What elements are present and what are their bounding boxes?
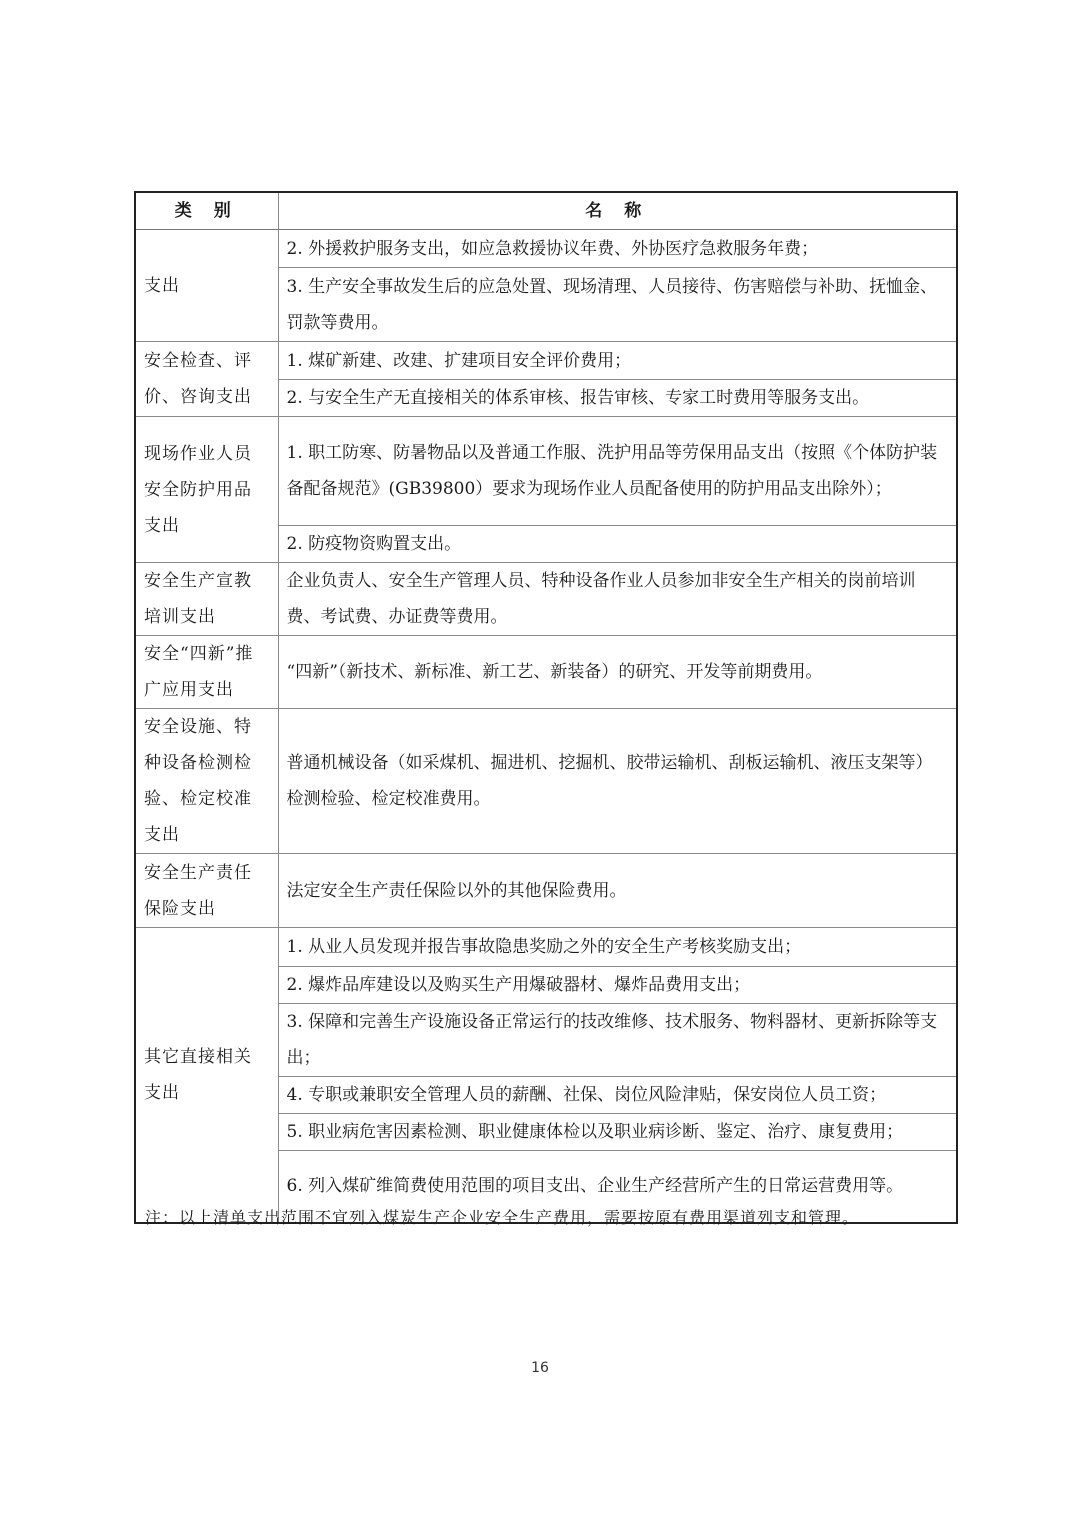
item-cell: “四新”（新技术、新标准、新工艺、新装备）的研究、开发等前期费用。 [278,636,957,709]
category-cell: 安全“四新”推广应用支出 [135,636,278,709]
item-cell: 2. 与安全生产无直接相关的体系审核、报告审核、专家工时费用等服务支出。 [278,380,957,417]
table-row: 安全检查、评价、咨询支出 1. 煤矿新建、改建、扩建项目安全评价费用； [135,342,957,380]
item-cell: 2. 爆炸品库建设以及购买生产用爆破器材、爆炸品费用支出； [278,967,957,1004]
table-row: 安全设施、特种设备检测检验、检定校准支出 普通机械设备（如采煤机、掘进机、挖掘机… [135,709,957,854]
table-row: 现场作业人员安全防护用品支出 1. 职工防寒、防暑物品以及普通工作服、洗护用品等… [135,417,957,526]
table-row: 安全生产宣教培训支出 企业负责人、安全生产管理人员、特种设备作业人员参加非安全生… [135,563,957,636]
category-cell: 安全检查、评价、咨询支出 [135,342,278,417]
category-cell: 安全设施、特种设备检测检验、检定校准支出 [135,709,278,854]
table-header-row: 类 别 名 称 [135,192,957,230]
item-cell: 4. 专职或兼职安全管理人员的薪酬、社保、岗位风险津贴，保安岗位人员工资； [278,1077,957,1114]
header-category: 类 别 [135,192,278,230]
item-cell: 2. 防疫物资购置支出。 [278,526,957,563]
table-row: 安全生产责任保险支出 法定安全生产责任保险以外的其他保险费用。 [135,854,957,928]
item-cell: 5. 职业病危害因素检测、职业健康体检以及职业病诊断、鉴定、治疗、康复费用； [278,1114,957,1151]
item-cell: 1. 从业人员发现并报告事故隐患奖励之外的安全生产考核奖励支出； [278,928,957,967]
category-cell: 其它直接相关支出 [135,928,278,1223]
document-page: 类 别 名 称 支出 2. 外援救护服务支出，如应急救援协议年费、外协医疗急救服… [0,0,1080,1527]
item-cell: 1. 职工防寒、防暑物品以及普通工作服、洗护用品等劳保用品支出（按照《个体防护装… [278,417,957,526]
item-cell: 普通机械设备（如采煤机、掘进机、挖掘机、胶带运输机、刮板运输机、液压支架等）检测… [278,709,957,854]
item-cell: 法定安全生产责任保险以外的其他保险费用。 [278,854,957,928]
category-cell: 安全生产宣教培训支出 [135,563,278,636]
table-row: 其它直接相关支出 1. 从业人员发现并报告事故隐患奖励之外的安全生产考核奖励支出… [135,928,957,967]
table-row: 安全“四新”推广应用支出 “四新”（新技术、新标准、新工艺、新装备）的研究、开发… [135,636,957,709]
header-name: 名 称 [278,192,957,230]
item-cell: 3. 生产安全事故发生后的应急处置、现场清理、人员接待、伤害赔偿与补助、抚恤金、… [278,268,957,342]
item-cell: 1. 煤矿新建、改建、扩建项目安全评价费用； [278,342,957,380]
table-row: 支出 2. 外援救护服务支出，如应急救援协议年费、外协医疗急救服务年费； [135,230,957,268]
table-footnote: 注：以上清单支出范围不宜列入煤炭生产企业安全生产费用，需要按原有费用渠道列支和管… [145,1204,859,1232]
item-cell: 2. 外援救护服务支出，如应急救援协议年费、外协医疗急救服务年费； [278,230,957,268]
category-cell: 支出 [135,230,278,342]
category-cell: 安全生产责任保险支出 [135,854,278,928]
item-cell: 3. 保障和完善生产设施设备正常运行的技改维修、技术服务、物料器材、更新拆除等支… [278,1004,957,1077]
item-cell: 企业负责人、安全生产管理人员、特种设备作业人员参加非安全生产相关的岗前培训费、考… [278,563,957,636]
category-cell: 现场作业人员安全防护用品支出 [135,417,278,563]
expense-exclusion-table: 类 别 名 称 支出 2. 外援救护服务支出，如应急救援协议年费、外协医疗急救服… [134,191,958,1224]
page-number: 16 [0,1360,1080,1376]
